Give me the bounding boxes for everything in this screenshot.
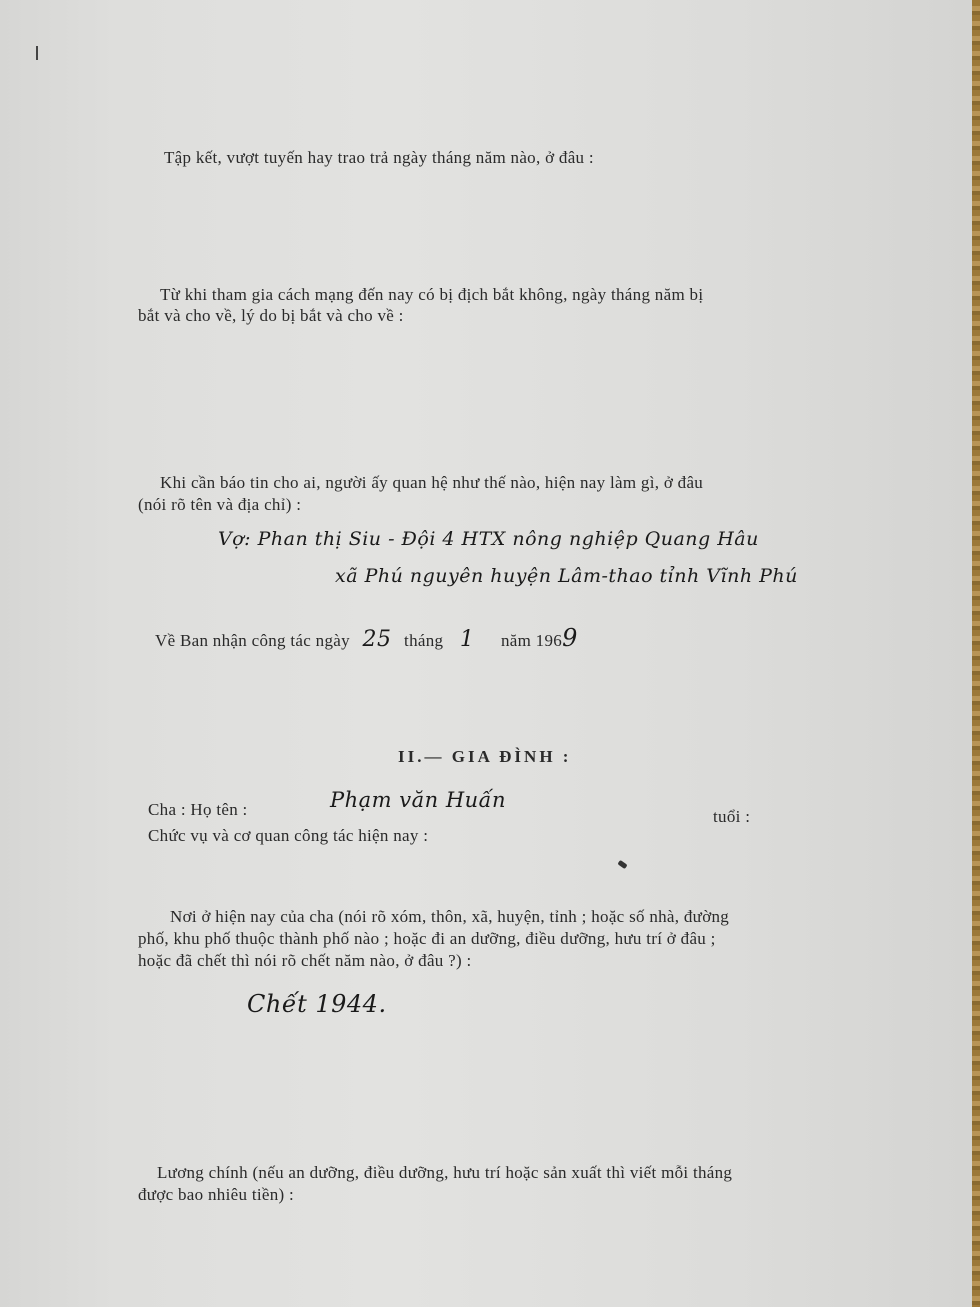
join-date-line: Về Ban nhận công tác ngày 25 tháng 1 năm… [155, 627, 578, 652]
join-day: 25 [362, 627, 391, 652]
margin-mark [36, 46, 38, 60]
join-label-year: năm 196 [501, 631, 562, 650]
question-regroup: Tập kết, vượt tuyến hay trao trả ngày th… [164, 147, 594, 169]
question-contact-line2: (nói rõ tên và địa chỉ) : [138, 494, 301, 516]
document-page: Tập kết, vượt tuyến hay trao trả ngày th… [0, 0, 972, 1307]
father-residence-line1: Nơi ở hiện nay của cha (nói rõ xóm, thôn… [170, 906, 729, 928]
join-month: 1 [460, 627, 475, 652]
contact-answer-line1: Vợ: Phan thị Siu - Đội 4 HTX nông nghiệp… [218, 528, 759, 550]
section-family-title: II.— GIA ĐÌNH : [398, 747, 571, 767]
father-name-label: Cha : Họ tên : [148, 799, 248, 821]
join-label-month: tháng [404, 631, 443, 650]
father-position-label: Chức vụ và cơ quan công tác hiện nay : [148, 825, 428, 847]
question-contact-line1: Khi cần báo tin cho ai, người ấy quan hệ… [160, 472, 703, 494]
salary-line1: Lương chính (nếu an dưỡng, điều dưỡng, h… [157, 1162, 732, 1184]
father-residence-answer: Chết 1944. [247, 990, 387, 1018]
contact-answer-line2: xã Phú nguyên huyện Lâm-thao tỉnh Vĩnh P… [335, 565, 798, 587]
father-name: Phạm văn Huấn [330, 788, 506, 812]
salary-line2: được bao nhiêu tiền) : [138, 1184, 294, 1206]
ink-speck [617, 860, 627, 869]
question-arrest-line2: bắt và cho về, lý do bị bắt và cho về : [138, 305, 404, 327]
father-age-label: tuổi : [713, 806, 750, 828]
father-residence-line3: hoặc đã chết thì nói rõ chết năm nào, ở … [138, 950, 472, 972]
join-label-prefix: Về Ban nhận công tác ngày [155, 631, 350, 650]
question-arrest-line1: Từ khi tham gia cách mạng đến nay có bị … [160, 284, 703, 306]
table-surface-edge [972, 0, 980, 1307]
father-residence-line2: phố, khu phố thuộc thành phố nào ; hoặc … [138, 928, 716, 950]
join-year-digit: 9 [562, 624, 578, 652]
